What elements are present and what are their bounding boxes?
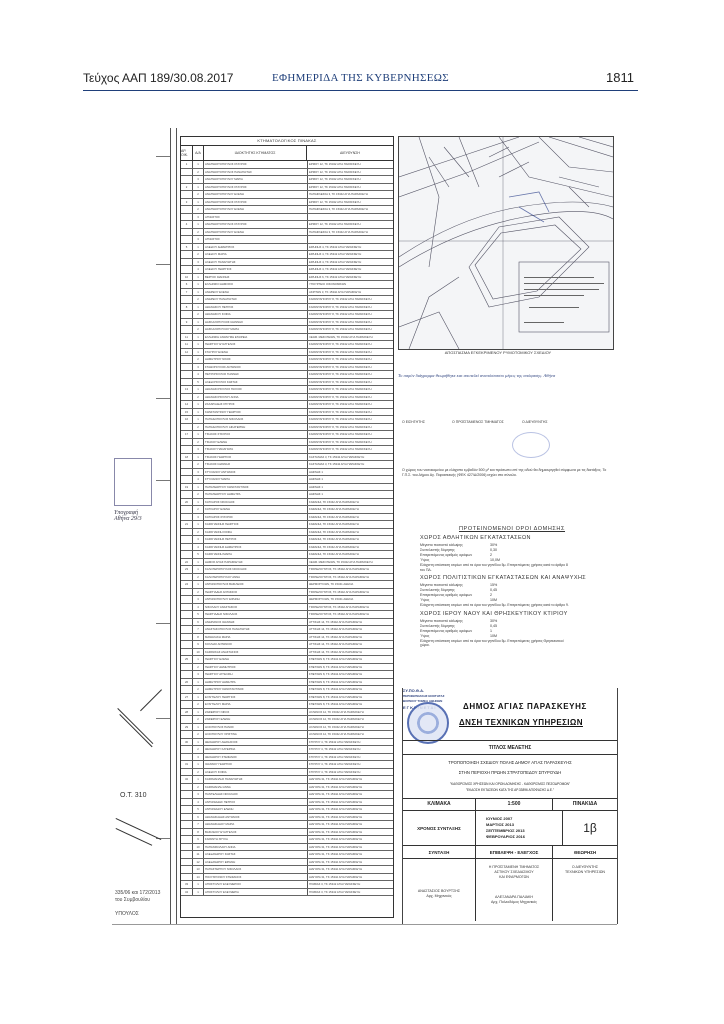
table-row: 11ΑΝΑΓΝΩΣΤΟΠΟΥΛΟΣ ΣΤΑΥΡΟΣΕΡΜΟΥ 12, ΤΚ 15… (181, 161, 393, 169)
table-row: 5ΓΕΩΡΓΙΑΔΗΣ ΝΙΚΟΛΑΟΣΤΡΑΠΕΖΟΥΝΤΟΣ, ΤΚ 153… (181, 611, 393, 619)
table-row: 21ΑΝΑΓΝΩΣΤΟΠΟΥΛΟΣ ΣΤΑΥΡΟΣΕΡΜΟΥ 12, ΤΚ 15… (181, 184, 393, 192)
title-block: ΣΥ.ΠΟ.Θ.Α. ΠΕΡΙΦΕΡΕΙΑΚΗΣ ΕΝΟΤΗΤΑΣ ΒΟΡΕΙΟ… (402, 688, 618, 924)
table-row: 2ΑΛΕΞΙΟΥ ΣΟΦΙΑΣΠΥΡΟΥ 4, ΤΚ 15342 ΑΓΙΑ ΠΑ… (181, 769, 393, 777)
table-row: 271ΕΥΑΓΓΕΛΟΥ ΓΕΩΡΓΙΟΣΣΠΕΤΣΩΝ 8, ΤΚ 15342… (181, 694, 393, 702)
table-row: 91ΔΑΣΚΑΛΟΠΟΥΛΟΣ ΙΩΑΝΝΗΣΣΑΡΑΝΤΑΠΟΡΟΥ 8, Τ… (181, 319, 393, 327)
table-row: 211ΚΑΡΑΓΙΑΝΝΗΣ ΓΕΩΡΓΙΟΣΣΑΦΑΝΙΔ, ΤΚ 15342… (181, 521, 393, 529)
table-row: 2ΤΣΙΑΚΟΥ ΕΛΕΝΗΣΑΡΑΝΤΑΠΟΡΟΥ 8, ΤΚ 15342 Α… (181, 439, 393, 447)
zone-terms: ΧΩΡΟΣ ΙΕΡΟΥ ΝΑΟΥ ΚΑΙ ΘΡΗΣΚΕΥΤΙΚΟΥ ΚΤΙΡΙΟ… (412, 611, 612, 648)
table-row: 2ΑΝΑΓΝΩΣΤΟΠΟΥΛΟΥ ΕΛΕΝΗΠΑΠΑΦΛΕΣΣΑ 3, ΤΚ 1… (181, 191, 393, 199)
table-row: 3ΣΤΥΛΙΑΝΟΥ ΑΝΤΩΝΙΟΣΔΑΦΝΗΣ 1 (181, 469, 393, 477)
table-row: 3ΑΓΝΩΣΤΟΣ (181, 214, 393, 222)
table-row: 3ΑΝΑΓΝΩΣΤΟΠΟΥΛΟΥ ΜΑΡΙΑΕΡΜΟΥ 12, ΤΚ 15342… (181, 176, 393, 184)
table-row: 11ΑΛΕΞΑΝΔΡΟΥ ΚΩΣΤΑΣΔΙΑΓΟΡΑ 31, ΤΚ 15342 … (181, 851, 393, 859)
table-row: 2ΑΝΑΓΝΩΣΤΟΠΟΥΛΟΥ ΕΛΕΝΗΠΑΠΑΦΛΕΣΣΑ 3, ΤΚ 1… (181, 229, 393, 237)
table-row: 311ΙΩΑΝΝΟΥ ΓΕΩΡΓΙΟΣΣΠΥΡΟΥ 4, ΤΚ 15342 ΑΓ… (181, 761, 393, 769)
newspaper-title: ΕΦΗΜΕΡΙΔΑ ΤΗΣ ΚΥΒΕΡΝΗΣΕΩΣ (83, 72, 638, 84)
table-row: 7ΑΝΑΣΤΑΣΟΠΟΥΛΟΣ ΠΑΝΑΓΙΩΤΗΣΑΤΤΙΚΗΣ 14, ΤΚ… (181, 626, 393, 634)
municipality-name: ΔΗΜΟΣ ΑΓΙΑΣ ΠΑΡΑΣΚΕΥΗΣ (463, 702, 587, 711)
table-row: 251ΓΕΩΡΓΙΟΥ ΕΛΕΝΗΣΠΕΤΣΩΝ 8, ΤΚ 15342 ΑΓΙ… (181, 656, 393, 664)
table-row: 4ΑΛΕΞΙΟΥ ΓΕΩΡΓΙΟΣΕΙΡΗΝΗΣ 4, ΤΚ 15342 ΑΓΙ… (181, 266, 393, 274)
table-row: 2ΠΑΠΑΓΕΩΡΓΙΟΥ ΔΗΜΗΤΡΑΔΑΦΝΗΣ 1 (181, 491, 393, 499)
table-row: 3ΠΑΝΤΕΛΙΔΗΣ ΝΙΚΟΛΑΟΣΔΙΑΓΟΡΑ 31, ΤΚ 15342… (181, 791, 393, 799)
department-name: ΔΝΣΗ ΤΕΧΝΙΚΩΝ ΥΠΗΡΕΣΙΩΝ (459, 718, 583, 727)
table-row: 241ΑΝΤΩΝΟΠΟΥΛΟΣ ΒΑΣΙΛΕΙΟΣΘΕΡΜΟΠΥΛΩΝ, ΤΚ … (181, 581, 393, 589)
table-row: 301ΘΕΟΔΩΡΟΥ ΑΘΑΝΑΣΙΟΣΣΠΥΡΟΥ 4, ΤΚ 15342 … (181, 739, 393, 747)
table-row: 10ΠΑΠΑΝΙΚΟΛΑΟΥ ΑΝΝΑΔΙΑΓΟΡΑ 31, ΤΚ 15342 … (181, 844, 393, 852)
table-row: 2ΔΗΜΗΤΡΙΟΥ ΝΙΚΟΣΣΑΡΑΝΤΑΠΟΡΟΥ 8, ΤΚ 15342… (181, 356, 393, 364)
cadastral-table: ΚΤΗΜΑΤΟΛΟΓΙΚΟΣ ΠΙΝΑΚΑΣ ΑΡ. ΟΙΚ. Α/Α ΙΔΙΟ… (180, 136, 394, 918)
table-row: 12ΑΛΕΞΑΝΔΡΟΥ ΕΙΡΗΝΗΔΙΑΓΟΡΑ 31, ΤΚ 15342 … (181, 859, 393, 867)
table-row: 2ΚΑΡΑΓΙΑΝΝΗ ΣΟΦΙΑΣΑΦΑΝΙΔ, ΤΚ 15342 ΑΓΙΑ … (181, 529, 393, 537)
table-row: 161ΠΑΠΑΔΟΠΟΥΛΟΣ ΝΙΚΟΛΑΟΣΣΑΡΑΝΤΑΠΟΡΟΥ 8, … (181, 416, 393, 424)
page-number: 1811 (606, 70, 634, 85)
table-row: 2ΔΑΣΚΑΛΟΠΟΥΛΟΥ ΜΑΡΙΑΣΑΡΑΝΤΑΠΟΡΟΥ 8, ΤΚ 1… (181, 326, 393, 334)
signature-row: ΑΝΑΣΤΑΣΙΟΣ ΒΟΥΡΤΣΗΣΑρχ. Μηχανικός Η ΠΡΟΪ… (403, 859, 617, 921)
table-row: 14ΠΟΛΥΧΡΟΝΙΟΥ ΣΤΕΦΑΝΟΣΔΙΑΓΟΡΑ 31, ΤΚ 153… (181, 874, 393, 882)
table-row: 6ΑΝΔΡΙΑΝΟΣ ΙΩΑΝΝΗΣΑΤΤΙΚΗΣ 14, ΤΚ 15342 Α… (181, 619, 393, 627)
table-row: 3ΚΑΤΣΑΡΟΣ ΣΤΑΥΡΟΣΣΑΦΑΝΙΔ, ΤΚ 15342 ΑΓΙΑ … (181, 514, 393, 522)
table-row: 10ΚΑΡΑΝΙΚΑΣ ΑΝΑΣΤΑΣΙΟΣΑΤΤΙΚΗΣ 14, ΤΚ 153… (181, 649, 393, 657)
margin-note: 335/06 και 172/2013του ΣυμβουλίουΥΠΟΥΛΟΣ (115, 890, 160, 918)
gazette-header: Τεύχος ΑΑΠ 189/30.08.2017 ΕΦΗΜΕΡΙΔΑ ΤΗΣ … (83, 68, 638, 91)
table-row: 221ΔΗΜΟΣ ΑΓΙΑΣ ΠΑΡΑΣΚΕΥΗΣΛΕΩΦ. ΜΕΣΟΓΕΙΩΝ… (181, 559, 393, 567)
left-margin-strip: ΥπογραφήΑθήνα 29/3 Ο.Τ. 310 335/06 και 1… (112, 128, 174, 924)
margin-stamp (114, 458, 152, 506)
table-row: 3ΚΑΡΑΓΙΑΝΝΗΣ ΠΕΤΡΟΣΣΑΦΑΝΙΔ, ΤΚ 15342 ΑΓΙ… (181, 536, 393, 544)
table-row: 2ΑΛΕΞΙΟΥ ΜΑΡΙΑΕΙΡΗΝΗΣ 4, ΤΚ 15342 ΑΓΙΑ Π… (181, 251, 393, 259)
building-terms: ΠΡΟΤΕΙΝΟΜΕΝΟΙ ΟΡΟΙ ΔΟΜΗΣΗΣ ΧΩΡΟΣ ΑΘΛΗΤΙΚ… (412, 526, 612, 651)
zoning-map (398, 136, 614, 350)
table-row: 9ΚΟΛΛΙΑΣ ΑΝΤΩΝΙΟΣΑΤΤΙΚΗΣ 14, ΤΚ 15342 ΑΓ… (181, 641, 393, 649)
table-row: 3ΤΣΙΑΚΟΥ ΠΑΝΑΓΙΩΤΑΣΑΡΑΝΤΑΠΟΡΟΥ 8, ΤΚ 153… (181, 446, 393, 454)
table-row: 2ΤΣΙΑΚΟΣ ΙΩΑΝΝΗΣΚΑΣΤΑΝΙΑΣ 3, ΤΚ 15342 ΑΓ… (181, 461, 393, 469)
zone-terms: ΧΩΡΟΣ ΠΟΛΙΤΙΣΤΙΚΩΝ ΕΓΚΑΤΑΣΤΑΣΕΩΝ ΚΑΙ ΑΝΑ… (412, 575, 612, 608)
table-row: 2ΑΝΑΓΝΩΣΤΟΠΟΥΛΟΣ ΠΑΝΑΓΙΩΤΗΣΕΡΜΟΥ 12, ΤΚ … (181, 169, 393, 177)
table-row: 2ΗΛΙΟΠΟΥΛΟΥ ΧΡΙΣΤΙΝΑΑΥΛΩΝΟΣ 12, ΤΚ 15342… (181, 731, 393, 739)
plan-sheet: ΥπογραφήΑθήνα 29/3 Ο.Τ. 310 335/06 και 1… (112, 128, 617, 925)
table-row: 3ΑΝΤΩΝΟΠΟΥΛΟΥ ΕΙΡΗΝΗΘΕΡΜΟΠΥΛΩΝ, ΤΚ 15341… (181, 596, 393, 604)
table-row: 181ΤΣΙΑΚΟΣ ΓΕΩΡΓΙΟΣΚΑΣΤΑΝΙΑΣ 3, ΤΚ 15342… (181, 454, 393, 462)
terms-title: ΠΡΟΤΕΙΝΟΜΕΝΟΙ ΟΡΟΙ ΔΟΜΗΣΗΣ (412, 526, 612, 532)
table-row: 261ΔΗΜΗΤΡΙΟΥ ΔΗΜΗΤΡΑΣΠΕΤΣΩΝ 8, ΤΚ 15342 … (181, 679, 393, 687)
table-row: 171ΤΣΙΑΚΟΣ ΣΤΑΥΡΟΣΣΑΡΑΝΤΑΠΟΡΟΥ 8, ΤΚ 153… (181, 431, 393, 439)
approval-signatures: Ο ΕΙΣΗΓΗΤΗΣ Ο ΠΡΟΪΣΤΑΜΕΝΟΣ ΤΜΗΜΑΤΟΣ Ο ΔΙ… (402, 418, 602, 458)
table-row: 3ΑΛΕΞΙΟΥ ΠΑΝΑΓΙΩΤΗΣΕΙΡΗΝΗΣ 4, ΤΚ 15342 Α… (181, 259, 393, 267)
table-row: 3ΘΕΟΔΩΡΟΥ ΣΤΕΦΑΝΟΣΣΠΥΡΟΥ 4, ΤΚ 15342 ΑΓΙ… (181, 754, 393, 762)
study-title-label: ΤΙΤΛΟΣ ΜΕΛΕΤΗΣ (403, 745, 617, 751)
table-row: 3ΣΤΑΘΟΠΟΥΛΟΣ ΑΝΤΩΝΙΟΣΣΑΡΑΝΤΑΠΟΡΟΥ 8, ΤΚ … (181, 364, 393, 372)
table-row: 4ΚΑΡΑΓΙΑΝΝΗΣ ΔΗΜΗΤΡΙΟΣΣΑΦΑΝΙΔ, ΤΚ 15342 … (181, 544, 393, 552)
table-row: 81ΑΘΑΝΑΣΙΟΥ ΠΕΤΡΟΣΣΑΡΑΝΤΑΠΟΡΟΥ 8, ΤΚ 153… (181, 304, 393, 312)
table-body: 11ΑΝΑΓΝΩΣΤΟΠΟΥΛΟΣ ΣΤΑΥΡΟΣΕΡΜΟΥ 12, ΤΚ 15… (181, 161, 393, 896)
table-row: 2ΓΕΩΡΓΙΑΔΗΣ ΑΝΤΩΝΙΟΣΤΡΑΠΕΖΟΥΝΤΟΣ, ΤΚ 153… (181, 589, 393, 597)
table-row: 101ΒΕΡΓΟΣ ΙΩΑΝΝΗΣΕΙΡΗΝΗΣ 6, ΤΚ 15342 ΑΓΙ… (181, 274, 393, 282)
table-row: 2ΘΕΟΔΩΡΟΥ ΚΑΤΕΡΙΝΑΣΠΥΡΟΥ 4, ΤΚ 15342 ΑΓΙ… (181, 746, 393, 754)
table-row: 3ΑΓΝΩΣΤΟΣ (181, 236, 393, 244)
table-row: 4ΑΝΤΩΝΙΑΔΗΣ ΠΕΤΡΟΣΔΙΑΓΟΡΑ 31, ΤΚ 15342 Α… (181, 799, 393, 807)
table-row: 3ΓΕΩΡΓΙΟΥ ΑΓΓΕΛΙΚΗΣΠΕΤΣΩΝ 8, ΤΚ 15342 ΑΓ… (181, 671, 393, 679)
table-row: 4ΠΕΤΡΟΠΟΥΛΟΣ ΓΙΑΝΝΗΣΣΑΡΑΝΤΑΠΟΡΟΥ 8, ΤΚ 1… (181, 371, 393, 379)
table-row: 2ΑΘΑΝΑΣΟΠΟΥΛΟΥ ΑΝΝΑΣΑΡΑΝΤΑΠΟΡΟΥ 8, ΤΚ 15… (181, 394, 393, 402)
table-row: 2ΑΘΑΝΑΣΙΟΥ ΣΟΦΙΑΣΑΡΑΝΤΑΠΟΡΟΥ 8, ΤΚ 15342… (181, 311, 393, 319)
table-row: 8ΜΑΝΩΛΑΚΗ ΜΑΡΙΑΑΤΤΙΚΗΣ 14, ΤΚ 15342 ΑΓΙΑ… (181, 634, 393, 642)
table-row: 2ΚΑΛΟΓΕΡΟΠΟΥΛΟΥ ΑΝΝΑΤΡΑΠΕΖΟΥΝΤΟΣ, ΤΚ 153… (181, 574, 393, 582)
table-row: 8ΒΑΣΙΛΕΙΟΥ ΕΥΑΓΓΕΛΟΣΔΙΑΓΟΡΑ 31, ΤΚ 15342… (181, 829, 393, 837)
table-row: 61ΕΛΛΗΝΙΚΟ ΔΗΜΟΣΙΟΥΠΟΥΡΓΕΙΟ ΟΙΚΟΝΟΜΙΚΩΝ (181, 281, 393, 289)
sheet-number: 1β (563, 811, 617, 845)
table-row: 13ΠΑΠΑΣΤΕΡΓΙΟΥ ΝΙΚΟΛΑΟΣΔΙΑΓΟΡΑ 31, ΤΚ 15… (181, 866, 393, 874)
table-row: 2ΓΕΩΡΓΙΟΥ ΔΗΜΗΤΡΙΟΣΣΠΕΤΣΩΝ 8, ΤΚ 15342 Α… (181, 664, 393, 672)
table-row: 31ΑΝΑΓΝΩΣΤΟΠΟΥΛΟΣ ΣΤΑΥΡΟΣΕΡΜΟΥ 12, ΤΚ 15… (181, 199, 393, 207)
margin-handwriting: ΥπογραφήΑθήνα 29/3 (114, 510, 142, 522)
table-row: 4ΝΙΚΟΛΑΟΥ ΑΝΑΣΤΑΣΙΟΣΤΡΑΠΕΖΟΥΝΤΟΣ, ΤΚ 153… (181, 604, 393, 612)
table-row: 331ΑΠΟΣΤΟΛΟΥ ΕΛΕΥΘΕΡΙΟΣΓΡΑΒΙΑΣ 3, ΤΚ 153… (181, 881, 393, 889)
map-caption: ΑΠΟΣΠΑΣΜΑ ΕΓΚΕΚΡΙΜΕΝΟΥ ΡΥΜΟΤΟΜΙΚΟΥ ΣΧΕΔΙ… (398, 350, 598, 355)
table-row: 4ΣΤΥΛΙΑΝΟΥ ΜΑΡΙΑΔΑΦΝΗΣ 1 (181, 476, 393, 484)
table-row: 5ΑΛΕΞΟΠΟΥΛΟΣ ΚΩΣΤΑΣΣΑΡΑΝΤΑΠΟΡΟΥ 8, ΤΚ 15… (181, 379, 393, 387)
table-row: 2ΑΝΔΡΕΟΥ ΠΑΝΑΓΙΩΤΗΣΣΑΡΑΝΤΑΠΟΡΟΥ 8, ΤΚ 15… (181, 296, 393, 304)
table-row: 151ΚΩΝΣΤΑΝΤΙΝΟΥ ΓΕΩΡΓΙΟΣΣΑΡΑΝΤΑΠΟΡΟΥ 8, … (181, 409, 393, 417)
notes-paragraph: Ο χώρος του νοσοκομείου με ελάχιστο εμβα… (402, 468, 610, 478)
table-row: 2ΚΑΡΑΜΑΝΛΗ ΑΝΝΑΔΙΑΓΟΡΑ 31, ΤΚ 15342 ΑΓΙΑ… (181, 784, 393, 792)
table-row: 6ΑΘΑΝΑΣΙΑΔΗΣ ΑΝΤΩΝΙΟΣΔΙΑΓΟΡΑ 31, ΤΚ 1534… (181, 814, 393, 822)
table-row: 291ΗΛΙΟΠΟΥΛΟΣ ΠΑΝΟΣΑΥΛΩΝΟΣ 12, ΤΚ 15342 … (181, 724, 393, 732)
table-row: 5ΚΑΡΑΓΙΑΝΝΗ ΜΑΡΙΑΣΑΦΑΝΙΔ, ΤΚ 15342 ΑΓΙΑ … (181, 551, 393, 559)
table-row: 131ΑΘΑΝΑΣΟΠΟΥΛΟΣ ΠΑΥΛΟΣΣΑΡΑΝΤΑΠΟΡΟΥ 8, Τ… (181, 386, 393, 394)
table-row: 5ΑΝΤΩΝΙΑΔΟΥ ΕΛΕΝΗΔΙΑΓΟΡΑ 31, ΤΚ 15342 ΑΓ… (181, 806, 393, 814)
table-row: 111ΓΕΩΡΓΙΟΥ ΕΥΑΓΓΕΛΟΣΣΑΡΑΝΤΑΠΟΡΟΥ 8, ΤΚ … (181, 341, 393, 349)
table-title: ΚΤΗΜΑΤΟΛΟΓΙΚΟΣ ΠΙΝΑΚΑΣ (181, 137, 393, 146)
table-row: 281ΖΑΦΕΙΡΙΟΥ ΝΙΚΟΣΑΥΛΩΝΟΣ 12, ΤΚ 15342 Α… (181, 709, 393, 717)
table-row: 2ΑΝΑΓΝΩΣΤΟΠΟΥΛΟΥ ΕΛΕΝΗΠΑΠΑΦΛΕΣΣΑ 3, ΤΚ 1… (181, 206, 393, 214)
table-row: 201ΚΑΤΣΑΡΟΣ ΝΙΚΟΛΑΟΣΣΑΦΑΝΙΔ, ΤΚ 15342 ΑΓ… (181, 499, 393, 507)
table-row: 2ΕΥΑΓΓΕΛΟΥ ΜΑΡΙΑΣΠΕΤΣΩΝ 8, ΤΚ 15342 ΑΓΙΑ… (181, 701, 393, 709)
table-row: 51ΑΛΕΞΙΟΥ ΔΗΜΗΤΡΙΟΣΕΙΡΗΝΗΣ 4, ΤΚ 15342 Α… (181, 244, 393, 252)
table-row: 2ΠΑΠΑΔΟΠΟΥΛΟΥ ΑΙΚΑΤΕΡΙΝΗΣΑΡΑΝΤΑΠΟΡΟΥ 8, … (181, 424, 393, 432)
table-row: 2ΚΑΤΣΑΡΟΥ ΕΛΕΝΗΣΑΦΑΝΙΔ, ΤΚ 15342 ΑΓΙΑ ΠΑ… (181, 506, 393, 514)
zone-terms: ΧΩΡΟΣ ΑΘΛΗΤΙΚΩΝ ΕΓΚΑΤΑΣΤΑΣΕΩΝΜέγιστο ποσ… (412, 535, 612, 572)
table-row: 111ΕΛΛΗΝΙΚΗ ΑΝΩΝΥΜΗ ΕΤΑΙΡΕΙΑΛΕΩΦ. ΜΕΣΟΓΕ… (181, 334, 393, 342)
table-row: 231ΚΑΛΟΓΕΡΟΠΟΥΛΟΣ ΝΙΚΟΛΑΟΣΤΡΑΠΕΖΟΥΝΤΟΣ, … (181, 566, 393, 574)
table-row: 9ΣΑΡΑΝΤΗ ΧΡΥΣΑΔΙΑΓΟΡΑ 31, ΤΚ 15342 ΑΓΙΑ … (181, 836, 393, 844)
official-seal-icon (407, 702, 449, 744)
table-row: 141ΖΑΧΑΡΙΑΔΗΣ ΣΠΥΡΟΣΣΑΡΑΝΤΑΠΟΡΟΥ 8, ΤΚ 1… (181, 401, 393, 409)
table-row: 341ΑΠΟΣΤΟΛΟΥ ΕΛΕΥΘΕΡΙΑΓΡΑΒΙΑΣ 3, ΤΚ 1534… (181, 889, 393, 897)
table-row: 321ΚΑΡΑΜΑΝΛΗΣ ΠΑΝΑΓΙΩΤΗΣΔΙΑΓΟΡΑ 31, ΤΚ 1… (181, 776, 393, 784)
table-header: ΑΡ. ΟΙΚ. Α/Α ΙΔΙΟΚΤΗΤΗΣ ΚΤΗΜΑΤΟΣ ΔΙΕΥΘΥΝ… (181, 146, 393, 161)
block-label: Ο.Τ. 310 (120, 792, 146, 799)
table-row: 121ΣΤΑΥΡΟΥ ΕΛΕΝΗΣΑΡΑΝΤΑΠΟΡΟΥ 8, ΤΚ 15342… (181, 349, 393, 357)
table-row: 2ΔΗΜΗΤΡΙΟΥ ΚΩΝΣΤΑΝΤΙΝΟΣΣΠΕΤΣΩΝ 8, ΤΚ 153… (181, 686, 393, 694)
table-row: 2ΖΑΦΕΙΡΙΟΥ ΕΛΕΝΗΑΥΛΩΝΟΣ 12, ΤΚ 15342 ΑΓΙ… (181, 716, 393, 724)
table-row: 191ΠΑΠΑΓΕΩΡΓΙΟΥ ΚΩΝΣΤΑΝΤΙΝΟΣΔΑΦΝΗΣ 1 (181, 484, 393, 492)
table-row: 41ΑΝΑΓΝΩΣΤΟΠΟΥΛΟΣ ΣΤΑΥΡΟΣΕΡΜΟΥ 12, ΤΚ 15… (181, 221, 393, 229)
table-row: 71ΑΝΔΡΕΟΥ ΕΛΕΝΗΑΚΡΙΤΩΝ 3, ΤΚ 15342 ΑΓΙΑ … (181, 289, 393, 297)
title-grid: ΚΛΙΜΑΚΑ 1:500 ΠΙΝΑΚΙΔΑ ΧΡΟΝΟΣ ΣΥΝΤΑΞΗΣ Ι… (403, 798, 617, 921)
table-row: 7ΑΘΑΝΑΣΙΑΔΟΥ ΜΑΡΙΑΔΙΑΓΟΡΑ 31, ΤΚ 15342 Α… (181, 821, 393, 829)
